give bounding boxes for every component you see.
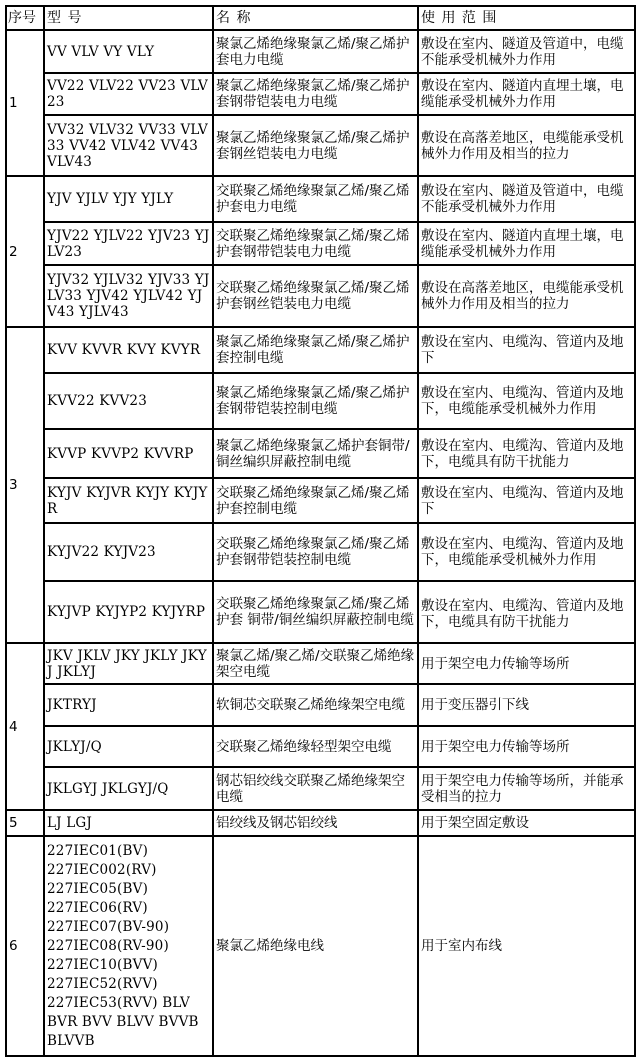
seq-cell: 4 bbox=[6, 643, 44, 810]
table-row: KVVP KVVP2 KVVRP 聚氯乙烯绝缘聚氯乙烯护套铜带/铜丝编织屏蔽控制… bbox=[6, 429, 635, 478]
name-cell: 聚氯乙烯绝缘聚氯乙烯/聚乙烯护套钢带铠装控制电缆 bbox=[213, 373, 418, 429]
name-cell: 聚氯乙烯绝缘聚氯乙烯/聚乙烯护套钢带铠装电力电缆 bbox=[213, 73, 418, 115]
model-cell: LJ LGJ bbox=[44, 810, 213, 836]
model-line: 227IEC08(RV-90) bbox=[47, 937, 210, 956]
name-cell: 聚氯乙烯绝缘聚氯乙烯/聚乙烯护套钢丝铠装电力电缆 bbox=[213, 115, 418, 176]
name-cell: 聚氯乙烯绝缘电线 bbox=[213, 836, 418, 1056]
model-cell: 227IEC01(BV) 227IEC002(RV) 227IEC05(BV) … bbox=[44, 836, 213, 1056]
usage-cell: 用于架空固定敷设 bbox=[418, 810, 635, 836]
model-cell: KVV KVVR KVY KVYR bbox=[44, 327, 213, 373]
seq-cell: 6 bbox=[6, 836, 44, 1056]
cable-spec-table: 序号 型 号 名 称 使 用 范 围 1 VV VLV VY VLY 聚氯乙烯绝… bbox=[5, 5, 636, 1057]
usage-cell: 敷设在高落差地区，电缆能承受机械外力作用及相当的拉力 bbox=[418, 265, 635, 327]
seq-cell: 5 bbox=[6, 810, 44, 836]
table-row: JKLGYJ JKLGYJ/Q 钢芯铝绞线交联聚乙烯绝缘架空电缆 用于架空电力传… bbox=[6, 767, 635, 810]
name-cell: 交联聚乙烯绝缘聚氯乙烯/聚乙烯护套钢带铠装电力电缆 bbox=[213, 222, 418, 265]
name-cell: 钢芯铝绞线交联聚乙烯绝缘架空电缆 bbox=[213, 767, 418, 810]
model-cell: KYJV KYJVR KYJY KYJYR bbox=[44, 478, 213, 523]
model-line: 227IEC002(RV) bbox=[47, 861, 210, 880]
header-model: 型 号 bbox=[44, 6, 213, 30]
table-row: KYJV22 KYJV23 交联聚乙烯绝缘聚氯乙烯/聚乙烯护套钢带铠装控制电缆 … bbox=[6, 523, 635, 581]
model-cell: YJV32 YJLV32 YJV33 YJLV33 YJV42 YJLV42 Y… bbox=[44, 265, 213, 327]
model-cell: VV VLV VY VLY bbox=[44, 30, 213, 73]
usage-cell: 敷设在室内、电缆沟、管道内及地下，电缆具有防干扰能力 bbox=[418, 429, 635, 478]
model-cell: JKLYJ/Q bbox=[44, 726, 213, 767]
name-cell: 交联聚乙烯绝缘聚氯乙烯/聚乙烯护套钢带铠装控制电缆 bbox=[213, 523, 418, 581]
table-row: YJV22 YJLV22 YJV23 YJLV23 交联聚乙烯绝缘聚氯乙烯/聚乙… bbox=[6, 222, 635, 265]
header-seq: 序号 bbox=[6, 6, 44, 30]
name-cell: 聚氯乙烯/聚乙烯/交联聚乙烯绝缘架空电缆 bbox=[213, 643, 418, 684]
table-row: 1 VV VLV VY VLY 聚氯乙烯绝缘聚氯乙烯/聚乙烯护套电力电缆 敷设在… bbox=[6, 30, 635, 73]
model-cell: VV22 VLV22 VV23 VLV23 bbox=[44, 73, 213, 115]
usage-cell: 用于架空电力传输等场所，并能承受相当的拉力 bbox=[418, 767, 635, 810]
model-line: 227IEC10(BVV) bbox=[47, 956, 210, 975]
table-row: KVV22 KVV23 聚氯乙烯绝缘聚氯乙烯/聚乙烯护套钢带铠装控制电缆 敷设在… bbox=[6, 373, 635, 429]
usage-cell: 用于架空电力传输等场所 bbox=[418, 643, 635, 684]
model-line: 227IEC06(RV) bbox=[47, 899, 210, 918]
model-cell: YJV22 YJLV22 YJV23 YJLV23 bbox=[44, 222, 213, 265]
name-cell: 软铜芯交联聚乙烯绝缘架空电缆 bbox=[213, 684, 418, 726]
table-row: 6 227IEC01(BV) 227IEC002(RV) 227IEC05(BV… bbox=[6, 836, 635, 1056]
usage-cell: 敷设在高落差地区，电缆能承受机械外力作用及相当的拉力 bbox=[418, 115, 635, 176]
table-row: JKTRYJ 软铜芯交联聚乙烯绝缘架空电缆 用于变压器引下线 bbox=[6, 684, 635, 726]
table-row: KYJV KYJVR KYJY KYJYR 交联聚乙烯绝缘聚氯乙烯/聚乙烯护套控… bbox=[6, 478, 635, 523]
model-cell: VV32 VLV32 VV33 VLV33 VV42 VLV42 VV43 VL… bbox=[44, 115, 213, 176]
model-cell: JKV JKLV JKY JKLY JKYJ JKLYJ bbox=[44, 643, 213, 684]
model-cell: KVVP KVVP2 KVVRP bbox=[44, 429, 213, 478]
usage-cell: 用于室内布线 bbox=[418, 836, 635, 1056]
model-cell: KYJV22 KYJV23 bbox=[44, 523, 213, 581]
usage-cell: 敷设在室内、电缆沟、管道内及地下，电缆能承受机械外力作用 bbox=[418, 373, 635, 429]
model-line: 227IEC07(BV-90) bbox=[47, 918, 210, 937]
name-cell: 聚氯乙烯绝缘聚氯乙烯/聚乙烯护套电力电缆 bbox=[213, 30, 418, 73]
table-row: VV32 VLV32 VV33 VLV33 VV42 VLV42 VV43 VL… bbox=[6, 115, 635, 176]
table-row: KYJVP KYJYP2 KYJYRP 交联聚乙烯绝缘聚氯乙烯/聚乙烯护套 铜带… bbox=[6, 581, 635, 643]
name-cell: 聚氯乙烯绝缘聚氯乙烯/聚乙烯护套控制电缆 bbox=[213, 327, 418, 373]
usage-cell: 用于变压器引下线 bbox=[418, 684, 635, 726]
model-cell: YJV YJLV YJY YJLY bbox=[44, 176, 213, 222]
name-cell: 交联聚乙烯绝缘轻型架空电缆 bbox=[213, 726, 418, 767]
header-usage: 使 用 范 围 bbox=[418, 6, 635, 30]
model-cell: KYJVP KYJYP2 KYJYRP bbox=[44, 581, 213, 643]
model-line: 227IEC53(RVV) BLV bbox=[47, 994, 210, 1013]
model-line: BVR BVV BLVV BVVB bbox=[47, 1013, 210, 1032]
name-cell: 交联聚乙烯绝缘聚氯乙烯/聚乙烯护套钢丝铠装电力电缆 bbox=[213, 265, 418, 327]
usage-cell: 用于架空电力传输等场所 bbox=[418, 726, 635, 767]
usage-cell: 敷设在室内、电缆沟、管道内及地下，电缆具有防干扰能力 bbox=[418, 581, 635, 643]
seq-cell: 2 bbox=[6, 176, 44, 327]
name-cell: 聚氯乙烯绝缘聚氯乙烯护套铜带/铜丝编织屏蔽控制电缆 bbox=[213, 429, 418, 478]
usage-cell: 敷设在室内、隧道内直埋土壤，电缆能承受机械外力作用 bbox=[418, 73, 635, 115]
model-cell: KVV22 KVV23 bbox=[44, 373, 213, 429]
name-cell: 交联聚乙烯绝缘聚氯乙烯/聚乙烯护套控制电缆 bbox=[213, 478, 418, 523]
model-line: 227IEC05(BV) bbox=[47, 880, 210, 899]
seq-cell: 3 bbox=[6, 327, 44, 643]
table-row: 5 LJ LGJ 铝绞线及钢芯铝绞线 用于架空固定敷设 bbox=[6, 810, 635, 836]
table-row: YJV32 YJLV32 YJV33 YJLV33 YJV42 YJLV42 Y… bbox=[6, 265, 635, 327]
usage-cell: 敷设在室内、电缆沟、管道内及地下，电缆能承受机械外力作用 bbox=[418, 523, 635, 581]
table-row: 2 YJV YJLV YJY YJLY 交联聚乙烯绝缘聚氯乙烯/聚乙烯护套电力电… bbox=[6, 176, 635, 222]
table-row: JKLYJ/Q 交联聚乙烯绝缘轻型架空电缆 用于架空电力传输等场所 bbox=[6, 726, 635, 767]
header-name: 名 称 bbox=[213, 6, 418, 30]
table-row: 4 JKV JKLV JKY JKLY JKYJ JKLYJ 聚氯乙烯/聚乙烯/… bbox=[6, 643, 635, 684]
seq-cell: 1 bbox=[6, 30, 44, 176]
table-row: 3 KVV KVVR KVY KVYR 聚氯乙烯绝缘聚氯乙烯/聚乙烯护套控制电缆… bbox=[6, 327, 635, 373]
table-row: VV22 VLV22 VV23 VLV23 聚氯乙烯绝缘聚氯乙烯/聚乙烯护套钢带… bbox=[6, 73, 635, 115]
usage-cell: 敷设在室内、电缆沟、管道内及地下 bbox=[418, 327, 635, 373]
usage-cell: 敷设在室内、隧道内直埋土壤，电缆能承受机械外力作用 bbox=[418, 222, 635, 265]
model-cell: JKTRYJ bbox=[44, 684, 213, 726]
model-line: BLVVB bbox=[47, 1032, 210, 1051]
name-cell: 铝绞线及钢芯铝绞线 bbox=[213, 810, 418, 836]
model-cell: JKLGYJ JKLGYJ/Q bbox=[44, 767, 213, 810]
name-cell: 交联聚乙烯绝缘聚氯乙烯/聚乙烯护套 铜带/铜丝编织屏蔽控制电缆 bbox=[213, 581, 418, 643]
header-row: 序号 型 号 名 称 使 用 范 围 bbox=[6, 6, 635, 30]
model-line: 227IEC01(BV) bbox=[47, 842, 210, 861]
usage-cell: 敷设在室内、隧道及管道中，电缆不能承受机械外力作用 bbox=[418, 30, 635, 73]
model-line: 227IEC52(RVV) bbox=[47, 975, 210, 994]
usage-cell: 敷设在室内、电缆沟、管道内及地下 bbox=[418, 478, 635, 523]
name-cell: 交联聚乙烯绝缘聚氯乙烯/聚乙烯护套电力电缆 bbox=[213, 176, 418, 222]
usage-cell: 敷设在室内、隧道及管道中，电缆不能承受机械外力作用 bbox=[418, 176, 635, 222]
